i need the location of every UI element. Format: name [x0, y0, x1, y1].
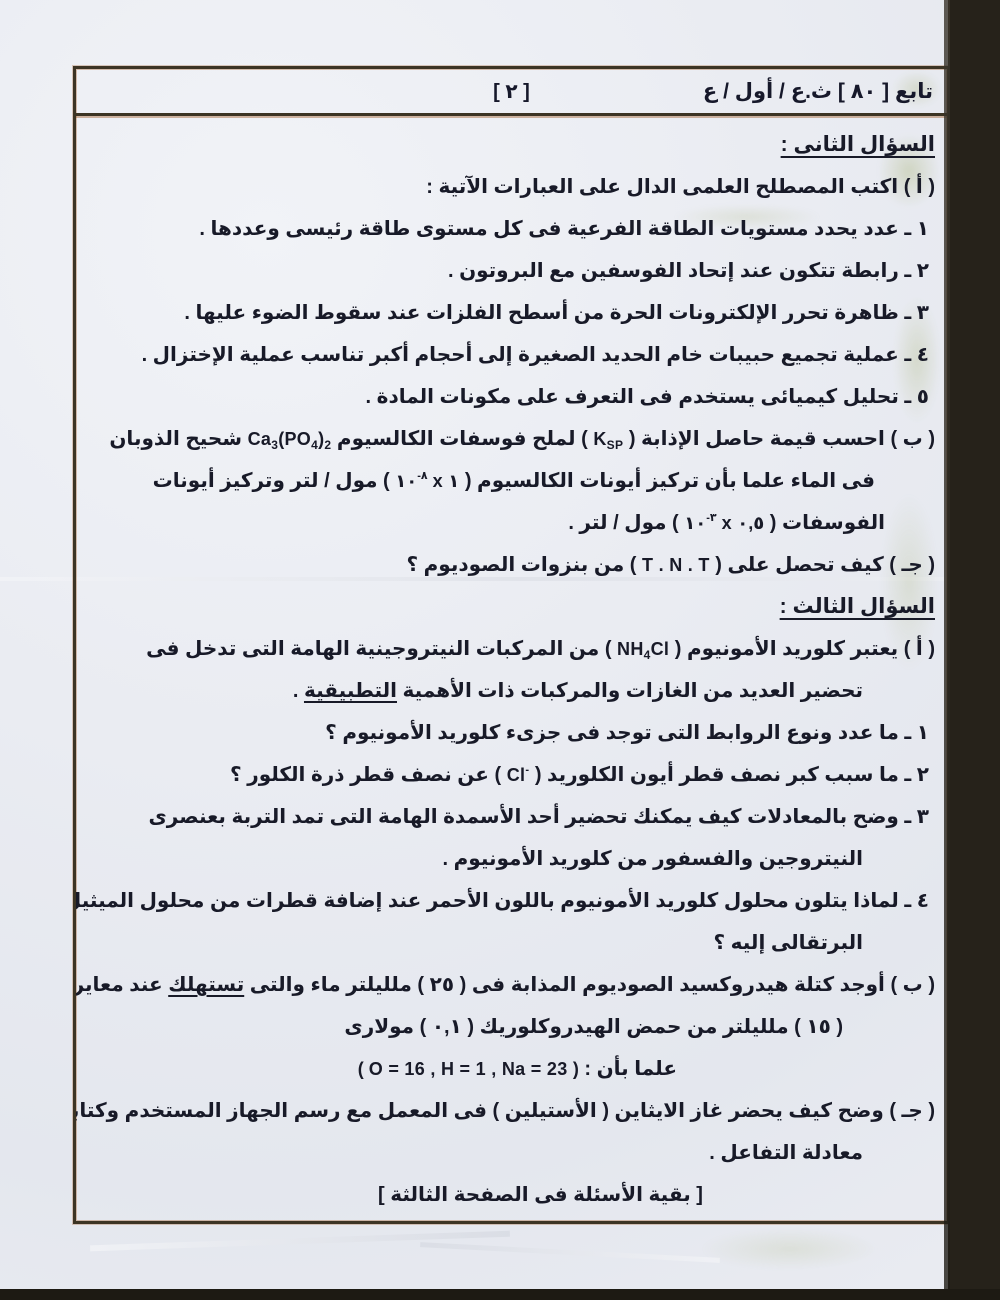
chemical-notation: T . N . T — [642, 555, 710, 575]
q2-b-line-3: الفوسفات ( ٣-١٠ x ٠,٥ ) مول / لتر . — [106, 502, 935, 544]
q2-a-item-4: ٤ ـ عملية تجميع حبيبات خام الحديد الصغير… — [106, 334, 935, 376]
q3-a-item-4a: ٤ ـ لماذا يتلون محلول كلوريد الأمونيوم ب… — [106, 880, 935, 922]
exam-continue-label: تابع [ ٨٠ ] ث.ع / أول / ع — [703, 79, 947, 104]
q2-c: ( جـ ) كيف تحصل على ( T . N . T ) من بنز… — [106, 544, 935, 586]
q3-a-item-3b: النيتروجين والفسفور من كلوريد الأمونيوم … — [106, 838, 935, 880]
q3-a-item-2: ٢ ـ ما سبب كبر نصف قطر أيون الكلوريد ( C… — [106, 754, 935, 796]
q2-b-line-1: ( ب ) احسب قيمة حاصل الإذابة ( KSP ) لمل… — [106, 418, 935, 460]
scanner-background-right — [948, 0, 1000, 1300]
q2-a-item-3: ٣ ـ ظاهرة تحرر الإلكترونات الحرة من أسطح… — [106, 292, 935, 334]
paper-sheet: تابع [ ٨٠ ] ث.ع / أول / ع [ ٢ ] السؤال ا… — [0, 0, 949, 1291]
scanner-background-bottom — [0, 1289, 1000, 1300]
q3-b-line-1: ( ب ) أوجد كتلة هيدروكسيد الصوديوم المذا… — [106, 964, 935, 1006]
chemical-notation: ٣-١٠ x ٠,٥ — [684, 513, 764, 533]
chemical-notation: Cl- — [507, 765, 530, 785]
q3-a-item-3a: ٣ ـ وضح بالمعادلات كيف يمكنك تحضير أحد ا… — [106, 796, 935, 838]
page-number: [ ٢ ] — [493, 79, 530, 104]
scanned-exam-page: تابع [ ٨٠ ] ث.ع / أول / ع [ ٢ ] السؤال ا… — [0, 0, 1000, 1300]
exam-header-row: تابع [ ٨٠ ] ث.ع / أول / ع [ ٢ ] — [76, 69, 947, 116]
q3-c-line-2: معادلة التفاعل . — [106, 1132, 935, 1174]
atomic-masses: علما بأن : ( O = 16 , H = 1 , Na = 23 ) — [106, 1048, 935, 1090]
q3-a-item-1: ١ ـ ما عدد ونوع الروابط التى توجد فى جزى… — [106, 712, 935, 754]
q2-heading: السؤال الثانى : — [106, 124, 935, 166]
q3-a-intro-1: ( أ ) يعتبر كلوريد الأمونيوم ( NH4Cl ) م… — [106, 628, 935, 670]
chemical-notation: Ca3(PO4)2 — [248, 429, 332, 449]
q3-a-intro-2: تحضير العديد من الغازات والمركبات ذات ال… — [106, 670, 935, 712]
exam-frame: تابع [ ٨٠ ] ث.ع / أول / ع [ ٢ ] السؤال ا… — [73, 66, 950, 1224]
q2-a-item-2: ٢ ـ رابطة تتكون عند إتحاد الفوسفين مع ال… — [106, 250, 935, 292]
q2-a-item-1: ١ ـ عدد يحدد مستويات الطاقة الفرعية فى ك… — [106, 208, 935, 250]
q2-a-item-5: ٥ ـ تحليل كيميائى يستخدم فى التعرف على م… — [106, 376, 935, 418]
paper-crease — [420, 1242, 720, 1263]
q2-a-intro: ( أ ) اكتب المصطلح العلمى الدال على العب… — [106, 166, 935, 208]
q3-heading: السؤال الثالث : — [106, 586, 935, 628]
q3-c-line-1: ( جـ ) وضح كيف يحضر غاز الايثاين ( الأست… — [106, 1090, 935, 1132]
exam-lines: السؤال الثانى :( أ ) اكتب المصطلح العلمى… — [76, 116, 947, 1221]
chemical-notation: ( O = 16 , H = 1 , Na = 23 ) — [358, 1059, 579, 1079]
chemical-notation: ٨-١٠ x ١ — [395, 471, 459, 491]
q3-b-line-2: ( ١٥ ) ملليلتر من حمض الهيدروكلوريك ( ٠,… — [106, 1006, 935, 1048]
bleed-through-smudge — [700, 1228, 880, 1270]
q3-a-item-4b: البرتقالى إليه ؟ — [106, 922, 935, 964]
q2-b-line-2: فى الماء علما بأن تركيز أيونات الكالسيوم… — [106, 460, 935, 502]
chemical-notation: NH4Cl — [617, 639, 669, 659]
chemical-notation: KSP — [593, 429, 623, 449]
footer-note: [ بقية الأسئلة فى الصفحة الثالثة ] — [106, 1174, 935, 1216]
